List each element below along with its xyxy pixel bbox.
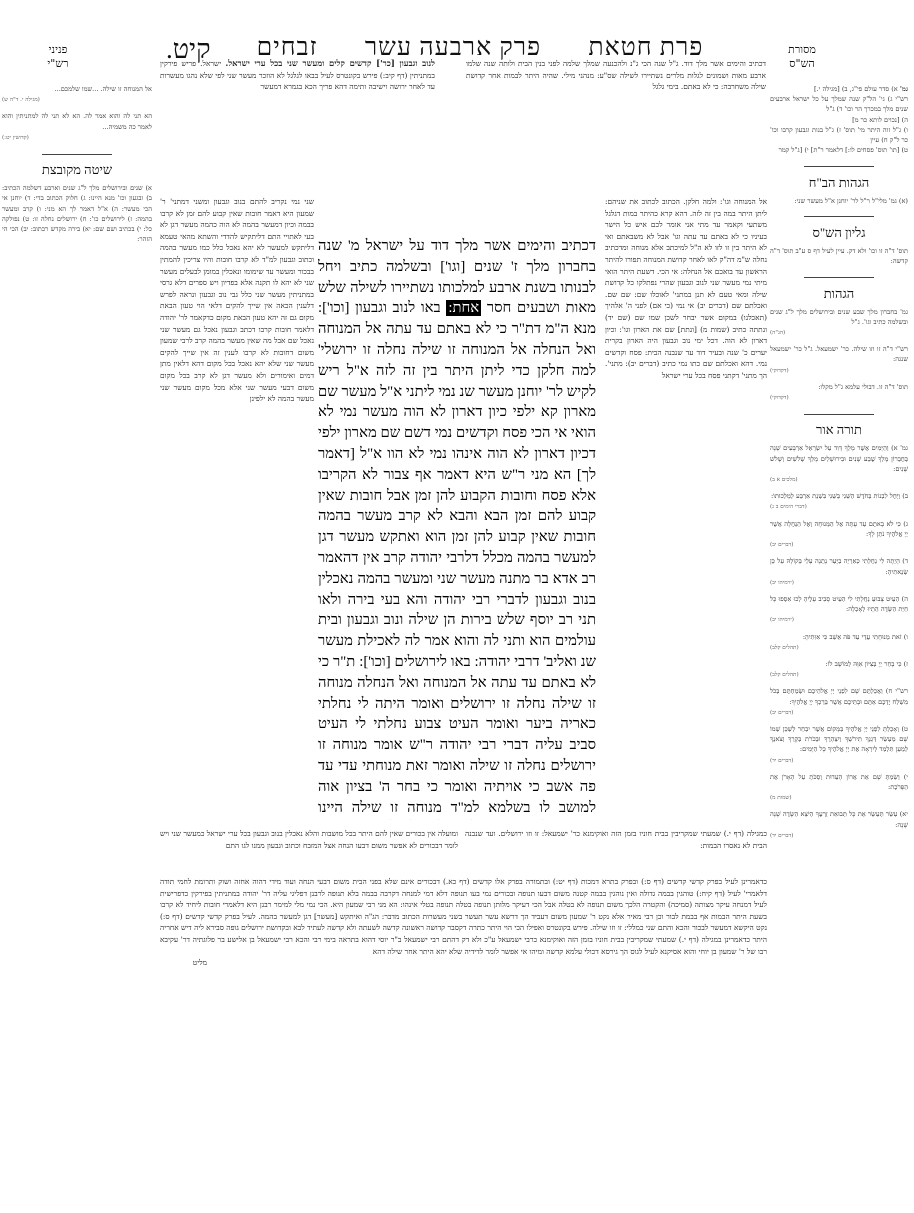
header-label: מסורת — [782, 43, 822, 57]
verse-text: יא) עַשֵּׂר תְּעַשֵּׂר אֵת כָּל תְּבוּאַ… — [770, 809, 908, 829]
ornament-divider — [770, 272, 908, 282]
ornament-divider — [770, 409, 908, 419]
verse-source: (ירמיהו יב) — [770, 578, 908, 588]
tosafot-commentary-column: שני נמי נקריב להתם בנוב וגבעון ומשני דמת… — [160, 196, 314, 818]
shita-mekubetzet-text: א) שנים ובירושלים מלך ל"ג שנים וארבע דשל… — [2, 183, 152, 244]
tosafot-text: שני נמי נקריב להתם בנוב וגבעון ומשני דמת… — [160, 196, 314, 405]
rashi-text: כמגילה (דף י.) שמעתי שמקריבין בבית חוניו… — [465, 828, 767, 851]
masoret-item: ו) ג"ל זוה היתר מי' תוס' ז) ג"ל בנות וגב… — [770, 125, 908, 145]
hagahot-text: תוס' ד"ה זו. דבולי עלמא ג"ל מקלו: — [770, 382, 908, 392]
verse-source: (דברים יב) — [770, 708, 908, 718]
pninei-rashi-section: אל המנוחה זו שילה. ...שמו שלמכם... (מגיל… — [2, 84, 152, 244]
tosafot-commentary-bottom-top: ומועלה אין בכורים שאין להם היתר בכל מושב… — [160, 828, 458, 876]
masoret-item: גמ' א) סדר עולם פי"ג, ב) [מגילה י.] — [770, 84, 908, 94]
verse-source: (דברים יב) — [770, 540, 908, 550]
pninei-rashi-header: פניני רש"י — [38, 43, 78, 71]
ornament-divider — [2, 149, 152, 159]
tosafot-final-word: מליט — [160, 957, 767, 969]
hagahot-title: הגהות — [770, 285, 908, 303]
rashi-text: אל המנוחה וגו': ולמה חלקן. הכתוב לכתוב א… — [605, 196, 767, 382]
pninei-rashi-text: אל המנוחה זו שילה. ...שמו שלמכם... — [2, 84, 152, 94]
masoret-item: ט) [תו' תוס' פסחים לו:] דלאמר ר"ת] י) [ג… — [770, 145, 908, 155]
pninei-rashi-source: (מגילה י. ד"ה ש) — [2, 95, 152, 105]
masoret-item: רש"י ג) גי' הל"ק שנה שמלך על כל ישראל אר… — [770, 94, 908, 114]
masoret-hashas-header: מסורת הש"ס — [782, 43, 822, 71]
verse-text: ג) כִּי לֹא בָאתֶם עַד עָתָּה אֶל הַמְּנ… — [770, 519, 908, 539]
pninei-rashi-source: (קדושין יט:) — [2, 133, 152, 143]
verse-source: (שמות מ) — [770, 793, 908, 803]
hagahot-item: גמ' בחברון מלך שבע שנים ובירושלים מלך ל"… — [770, 307, 908, 339]
torah-or-item: ז) כִּי בָחַר יְיָ בְּצִיּוֹן אִוָּהּ לְ… — [770, 659, 908, 680]
torah-or-item: ג) כִּי לֹא בָאתֶם עַד עָתָּה אֶל הַמְּנ… — [770, 519, 908, 551]
hagahot-bach-text: (א) גמ' מלי"ל ר"ל לר' יוחנן א"ל מעשר שני… — [770, 196, 908, 206]
gilyon-hashas-title: גליון הש"ס — [770, 224, 908, 242]
torah-or-item: יא) עַשֵּׂר תְּעַשֵּׂר אֵת כָּל תְּבוּאַ… — [770, 809, 908, 841]
masoret-label: גמ' — [900, 85, 908, 93]
rashi-commentary-bottom: כמגילה (דף י.) שמעתי שמקריבין בבית חוניו… — [465, 828, 767, 876]
header-label: רש"י — [38, 57, 78, 71]
torah-or-item: גמ' א) וְהַיָּמִים אֲשֶׁר מָלַךְ דָּוִד … — [770, 443, 908, 485]
rashi-commentary-column: אל המנוחה וגו': ולמה חלקן. הכתוב לכתוב א… — [605, 196, 767, 818]
torah-or-item: י) וְשַׂמְתָּ שָׁם אֵת אֲרוֹן הָעֵדוּת ו… — [770, 772, 908, 804]
header-label: פניני — [38, 43, 78, 57]
hagahot-text: גמ' בחברון מלך שבע שנים ובירושלים מלך ל"… — [770, 307, 908, 327]
gilyon-hashas-text: תוס' ד"ה זו וכו' ולא דק. עיין לעיל דף ס … — [770, 246, 908, 266]
tosafot-text: כדאמרינן לעיל בפרק קדשי קדשים (דף ס:) וב… — [160, 876, 767, 957]
hagahot-source: (דקדוקי) — [770, 366, 908, 376]
title-chapter-name: פרת חטאת — [588, 34, 703, 61]
tosafot-commentary-top: לנוב וגבעון [כר'] קדשים קלים ומעשר שני ב… — [160, 58, 435, 198]
gemara-main-text: דכתיב והימים אשר מלך דוד על ישראל מ' שנה… — [318, 236, 596, 820]
torah-or-item: רש"י ח) וַאֲכַלְתֶּם שָׁם לִפְנֵי יְיָ א… — [770, 686, 908, 718]
header-label: הש"ס — [782, 57, 822, 71]
masoret-hashas-section: גמ' א) סדר עולם פי"ג, ב) [מגילה י.] רש"י… — [770, 84, 908, 847]
masoret-item: ה) [נכוים לותא כר מ] — [770, 115, 908, 125]
verse-text: ט) וְאָכַלְתָּ לִפְנֵי יְיָ אֱלֹהֶיךָ בַ… — [770, 724, 908, 755]
shita-mekubetzet-title: שיטה מקובצת — [2, 161, 152, 179]
hagahot-item: תוס' ד"ה זו. דבולי עלמא ג"ל מקלו: (דקדוק… — [770, 382, 908, 403]
hagahot-bach-title: הגהות הב"ח — [770, 174, 908, 192]
verse-source: (תהלים קלב) — [770, 670, 908, 680]
pninei-rashi-item: אל המנוחה זו שילה. ...שמו שלמכם... (מגיל… — [2, 84, 152, 105]
pninei-rashi-text: הא תני לה והוא אמר לה. הא לא תני לה למתנ… — [2, 111, 152, 131]
verse-source: (מלכים א ב) — [770, 475, 908, 485]
hagahot-text: רש"י ד"ה זו וזו שילה. כר' ישמעאל. ג"ל כר… — [770, 344, 908, 364]
gemara-text: באו לנוב וגבעון [וכו']: מנא ה"מ דת"ר כי … — [318, 300, 596, 820]
torah-or-item: ד) הָיְתָה לִּי נַחֲלָתִי כְּאַרְיֵה בַי… — [770, 556, 908, 588]
verse-text: י) וְשַׂמְתָּ שָׁם אֵת אֲרוֹן הָעֵדוּת ו… — [770, 772, 908, 792]
verse-text: ב) וַיָּחֶל לִבְנוֹת בַּחֹדֶשׁ הַשֵּׁנִי… — [770, 491, 908, 501]
rashi-commentary-top: דכתיב והימים אשר מלך דוד. ג"ל שנה הכי ג"… — [466, 58, 766, 198]
torah-or-item: ט) וְאָכַלְתָּ לִפְנֵי יְיָ אֱלֹהֶיךָ בַ… — [770, 724, 908, 766]
verse-text: ז) כִּי בָחַר יְיָ בְּצִיּוֹן אִוָּהּ לְ… — [770, 659, 908, 669]
verse-text: ו) זֹאת מְנוּחָתִי עֲדֵי עַד פֹּה אֵשֵׁב… — [770, 632, 908, 642]
torah-or-title: תורה אור — [770, 421, 908, 439]
highlighted-word: אחת: — [446, 300, 481, 316]
hagahot-item: רש"י ד"ה זו וזו שילה. כר' ישמעאל. ג"ל כר… — [770, 344, 908, 376]
verse-source: (ירמיהו יב) — [770, 615, 908, 625]
tosafot-commentary-bottom: כדאמרינן לעיל בפרק קדשי קדשים (דף ס:) וב… — [160, 876, 767, 1086]
hagahot-source: (דקדוקי) — [770, 393, 908, 403]
ornament-divider — [770, 161, 908, 171]
tosafot-heading: לנוב וגבעון [כר'] קדשים קלים ומעשר שני ב… — [225, 58, 435, 68]
verse-source: (דברי הימים ב ג) — [770, 502, 908, 512]
rashi-text: דכתיב והימים אשר מלך דוד. ג"ל שנה הכי ג"… — [466, 58, 766, 93]
masoret-text: א) סדר עולם פי"ג, ב) [מגילה י.] — [814, 85, 898, 93]
hagahot-source: (הג"ה) — [770, 328, 908, 338]
talmud-page: מסורת הש"ס פרת חטאת פרק ארבעה עשר זבחים … — [0, 0, 914, 1213]
verse-source: (דברים יד) — [770, 756, 908, 766]
verse-text: גמ' א) וְהַיָּמִים אֲשֶׁר מָלַךְ דָּוִד … — [770, 443, 908, 474]
pninei-rashi-item: הא תני לה והוא אמר לה. הא לא תני לה למתנ… — [2, 111, 152, 143]
ornament-divider — [770, 212, 908, 222]
verse-text: ד) הָיְתָה לִּי נַחֲלָתִי כְּאַרְיֵה בַי… — [770, 556, 908, 576]
title-chapter-number: פרק ארבעה עשר — [365, 34, 541, 61]
torah-or-item: ו) זֹאת מְנוּחָתִי עֲדֵי עַד פֹּה אֵשֵׁב… — [770, 632, 908, 653]
torah-or-item: ב) וַיָּחֶל לִבְנוֹת בַּחֹדֶשׁ הַשֵּׁנִי… — [770, 491, 908, 512]
tosafot-text: ומועלה אין בכורים שאין להם היתר בכל מושב… — [160, 828, 458, 851]
verse-source: (תהלים קלב) — [770, 643, 908, 653]
verse-source: (דברים יד) — [770, 831, 908, 841]
title-tractate: זבחים — [257, 34, 318, 61]
verse-text: רש"י ח) וַאֲכַלְתֶּם שָׁם לִפְנֵי יְיָ א… — [770, 686, 908, 706]
verse-text: ה) הַעַיִט צָבוּעַ נַחֲלָתִי לִי הַעַיִט… — [770, 594, 908, 614]
tosafot-text: לנוב וגבעון [כר'] קדשים קלים ומעשר שני ב… — [160, 58, 435, 93]
torah-or-item: ה) הַעַיִט צָבוּעַ נַחֲלָתִי לִי הַעַיִט… — [770, 594, 908, 626]
